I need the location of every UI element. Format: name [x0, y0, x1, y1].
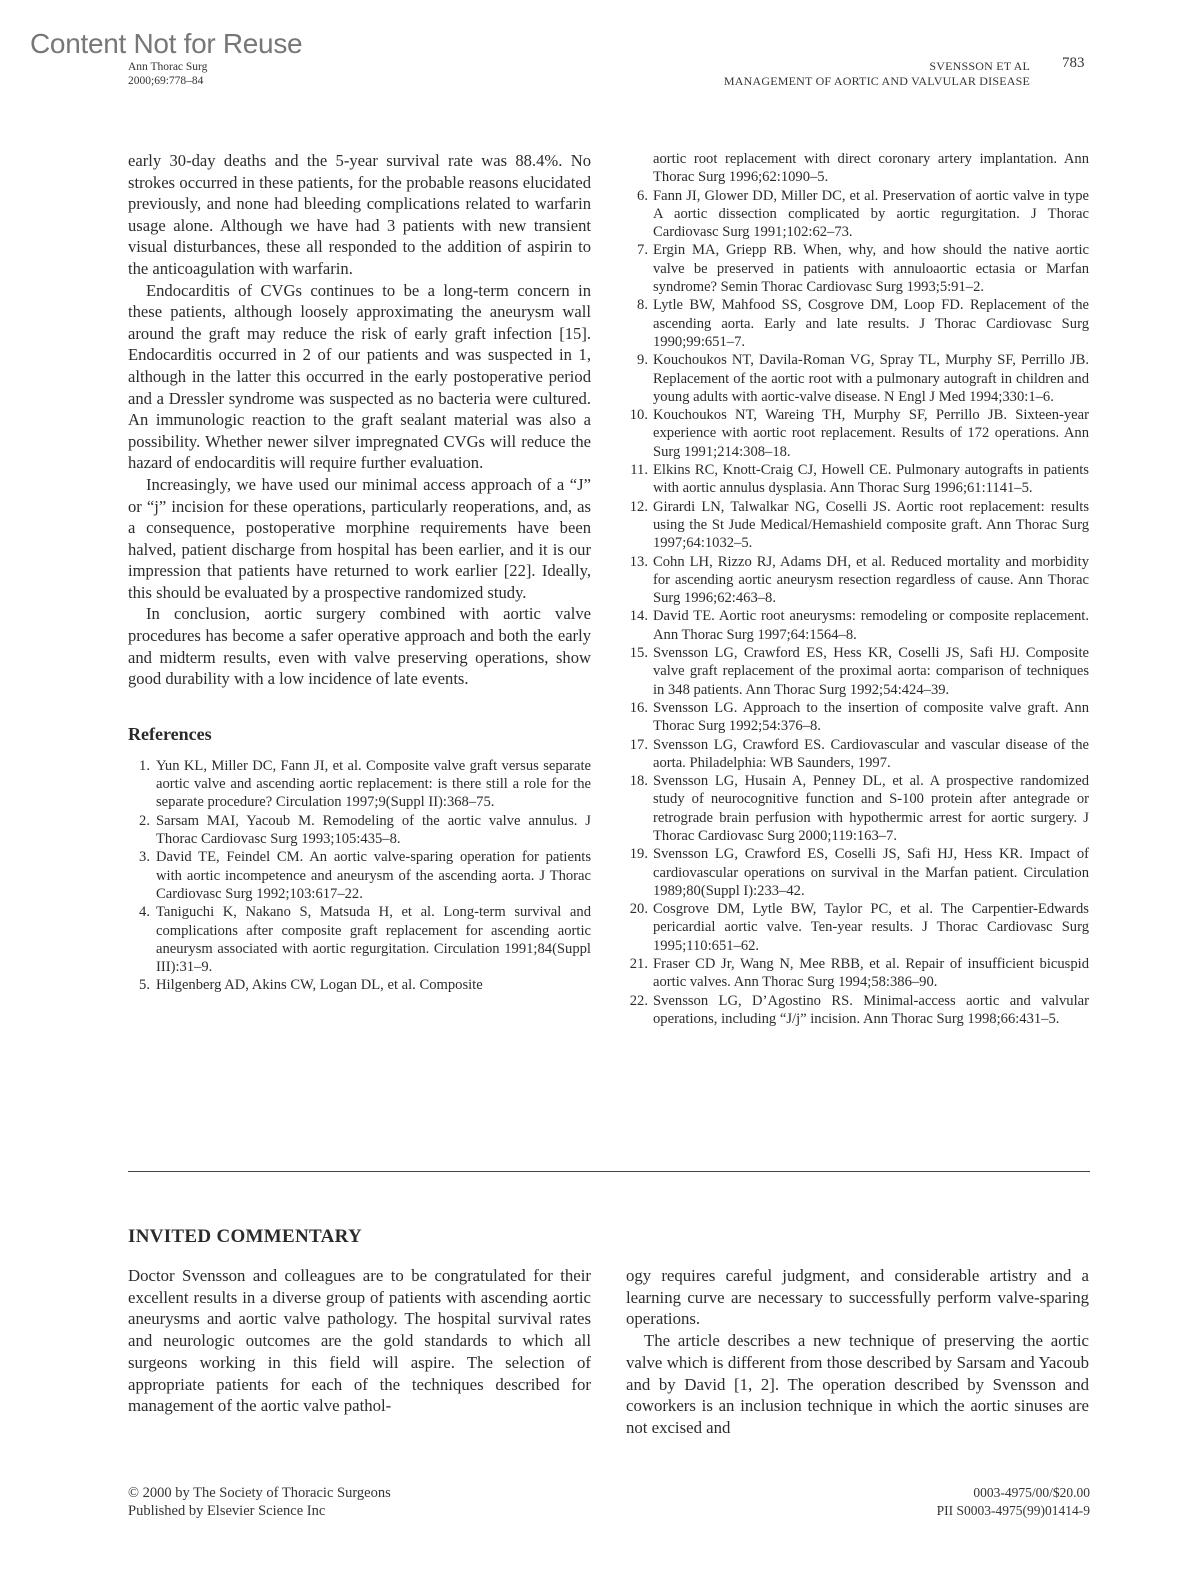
reference-item: 16.Svensson LG. Approach to the insertio…	[626, 699, 1089, 736]
reference-number: 8.	[626, 296, 648, 314]
section-divider	[128, 1171, 1090, 1172]
reference-number: 13.	[626, 553, 648, 571]
reference-item: 2.Sarsam MAI, Yacoub M. Remodeling of th…	[128, 812, 591, 849]
pii-code: PII S0003-4975(99)01414-9	[937, 1502, 1090, 1520]
commentary-paragraph: ogy requires careful judgment, and consi…	[626, 1265, 1089, 1330]
reference-text: Taniguchi K, Nakano S, Matsuda H, et al.…	[156, 904, 591, 975]
reference-number: 2.	[128, 812, 150, 830]
article-paragraph: Increasingly, we have used our minimal a…	[128, 474, 591, 604]
reference-number: 14.	[626, 607, 648, 625]
reference-number: 20.	[626, 900, 648, 918]
reference-text: Fann JI, Glower DD, Miller DC, et al. Pr…	[653, 188, 1089, 241]
reference-item: 6.Fann JI, Glower DD, Miller DC, et al. …	[626, 187, 1089, 242]
reference-continuation: aortic root replacement with direct coro…	[626, 150, 1089, 187]
reference-item: 11.Elkins RC, Knott-Craig CJ, Howell CE.…	[626, 461, 1089, 498]
reference-number: 21.	[626, 955, 648, 973]
reference-number: 7.	[626, 241, 648, 259]
reference-number: 9.	[626, 351, 648, 369]
reference-text: Girardi LN, Talwalkar NG, Coselli JS. Ao…	[653, 499, 1089, 552]
reference-item: 15.Svensson LG, Crawford ES, Hess KR, Co…	[626, 644, 1089, 699]
reference-item: 10.Kouchoukos NT, Wareing TH, Murphy SF,…	[626, 406, 1089, 461]
page-number: 783	[1062, 55, 1085, 72]
commentary-title: INVITED COMMENTARY	[128, 1226, 362, 1248]
reference-number: 3.	[128, 848, 150, 866]
journal-citation: 2000;69:778–84	[128, 74, 207, 88]
commentary-paragraph: Doctor Svensson and colleagues are to be…	[128, 1265, 591, 1417]
reference-text: Kouchoukos NT, Wareing TH, Murphy SF, Pe…	[653, 407, 1089, 460]
commentary-right-column: ogy requires careful judgment, and consi…	[626, 1265, 1089, 1439]
reference-text: Fraser CD Jr, Wang N, Mee RBB, et al. Re…	[653, 956, 1089, 990]
running-header-left: Ann Thorac Surg 2000;69:778–84	[128, 60, 207, 88]
reference-number: 18.	[626, 772, 648, 790]
reference-number: 11.	[626, 461, 648, 479]
reference-item: 7.Ergin MA, Griepp RB. When, why, and ho…	[626, 241, 1089, 296]
reference-number: 17.	[626, 736, 648, 754]
reference-number: 1.	[128, 757, 150, 775]
header-authors: SVENSSON ET AL	[724, 59, 1030, 74]
reference-item: 14.David TE. Aortic root aneurysms: remo…	[626, 607, 1089, 644]
reference-item: 20.Cosgrove DM, Lytle BW, Taylor PC, et …	[626, 900, 1089, 955]
reference-number: 6.	[626, 187, 648, 205]
reference-number: 16.	[626, 699, 648, 717]
watermark: Content Not for Reuse	[30, 30, 302, 58]
reference-text: Svensson LG, Crawford ES, Coselli JS, Sa…	[653, 846, 1089, 899]
issn-price: 0003-4975/00/$20.00	[937, 1484, 1090, 1502]
reference-number: 15.	[626, 644, 648, 662]
reference-item: 17.Svensson LG, Crawford ES. Cardiovascu…	[626, 736, 1089, 773]
reference-number: 4.	[128, 903, 150, 921]
article-paragraph: early 30-day deaths and the 5-year survi…	[128, 150, 591, 280]
reference-text: David TE. Aortic root aneurysms: remodel…	[653, 608, 1089, 642]
reference-item: 13.Cohn LH, Rizzo RJ, Adams DH, et al. R…	[626, 553, 1089, 608]
reference-text: Svensson LG, D’Agostino RS. Minimal-acce…	[653, 993, 1089, 1027]
article-paragraph: In conclusion, aortic surgery combined w…	[128, 603, 591, 689]
footer-right: 0003-4975/00/$20.00 PII S0003-4975(99)01…	[937, 1484, 1090, 1520]
commentary-left-column: Doctor Svensson and colleagues are to be…	[128, 1265, 591, 1417]
commentary-paragraph: The article describes a new technique of…	[626, 1330, 1089, 1439]
reference-text: Ergin MA, Griepp RB. When, why, and how …	[653, 242, 1089, 295]
reference-list-left: 1.Yun KL, Miller DC, Fann JI, et al. Com…	[128, 757, 591, 995]
journal-name: Ann Thorac Surg	[128, 60, 207, 74]
reference-number: 22.	[626, 992, 648, 1010]
reference-text: Yun KL, Miller DC, Fann JI, et al. Compo…	[156, 758, 591, 811]
reference-item: 18.Svensson LG, Husain A, Penney DL, et …	[626, 772, 1089, 845]
reference-number: 19.	[626, 845, 648, 863]
reference-item: 19.Svensson LG, Crawford ES, Coselli JS,…	[626, 845, 1089, 900]
copyright-notice: © 2000 by The Society of Thoracic Surgeo…	[128, 1484, 391, 1502]
reference-item: 5.Hilgenberg AD, Akins CW, Logan DL, et …	[128, 976, 591, 994]
reference-text: David TE, Feindel CM. An aortic valve-sp…	[156, 849, 591, 902]
reference-text: Lytle BW, Mahfood SS, Cosgrove DM, Loop …	[653, 297, 1089, 350]
running-header-right: SVENSSON ET AL MANAGEMENT OF AORTIC AND …	[724, 59, 1030, 89]
reference-item: 1.Yun KL, Miller DC, Fann JI, et al. Com…	[128, 757, 591, 812]
reference-item: 21.Fraser CD Jr, Wang N, Mee RBB, et al.…	[626, 955, 1089, 992]
references-heading: References	[128, 724, 591, 745]
reference-text: Cohn LH, Rizzo RJ, Adams DH, et al. Redu…	[653, 554, 1089, 607]
reference-item: 3.David TE, Feindel CM. An aortic valve-…	[128, 848, 591, 903]
left-column: early 30-day deaths and the 5-year survi…	[128, 150, 591, 995]
reference-text: Svensson LG, Crawford ES. Cardiovascular…	[653, 737, 1089, 771]
reference-item: 9.Kouchoukos NT, Davila-Roman VG, Spray …	[626, 351, 1089, 406]
article-paragraph: Endocarditis of CVGs continues to be a l…	[128, 280, 591, 474]
reference-text: Elkins RC, Knott-Craig CJ, Howell CE. Pu…	[653, 462, 1089, 496]
reference-item: 4.Taniguchi K, Nakano S, Matsuda H, et a…	[128, 903, 591, 976]
header-running-title: MANAGEMENT OF AORTIC AND VALVULAR DISEAS…	[724, 74, 1030, 89]
reference-text: Hilgenberg AD, Akins CW, Logan DL, et al…	[156, 977, 483, 993]
reference-list-right: 6.Fann JI, Glower DD, Miller DC, et al. …	[626, 187, 1089, 1029]
reference-text: Kouchoukos NT, Davila-Roman VG, Spray TL…	[653, 352, 1089, 405]
reference-number: 12.	[626, 498, 648, 516]
reference-number: 5.	[128, 976, 150, 994]
reference-item: 22.Svensson LG, D’Agostino RS. Minimal-a…	[626, 992, 1089, 1029]
publisher-notice: Published by Elsevier Science Inc	[128, 1502, 391, 1520]
reference-text: Sarsam MAI, Yacoub M. Remodeling of the …	[156, 813, 591, 847]
reference-text: Cosgrove DM, Lytle BW, Taylor PC, et al.…	[653, 901, 1089, 954]
reference-text: Svensson LG, Crawford ES, Hess KR, Cosel…	[653, 645, 1089, 698]
right-column: aortic root replacement with direct coro…	[626, 150, 1089, 1028]
footer-left: © 2000 by The Society of Thoracic Surgeo…	[128, 1484, 391, 1520]
reference-number: 10.	[626, 406, 648, 424]
reference-text: Svensson LG. Approach to the insertion o…	[653, 700, 1089, 734]
reference-item: 12.Girardi LN, Talwalkar NG, Coselli JS.…	[626, 498, 1089, 553]
reference-text: Svensson LG, Husain A, Penney DL, et al.…	[653, 773, 1089, 844]
reference-item: 8.Lytle BW, Mahfood SS, Cosgrove DM, Loo…	[626, 296, 1089, 351]
